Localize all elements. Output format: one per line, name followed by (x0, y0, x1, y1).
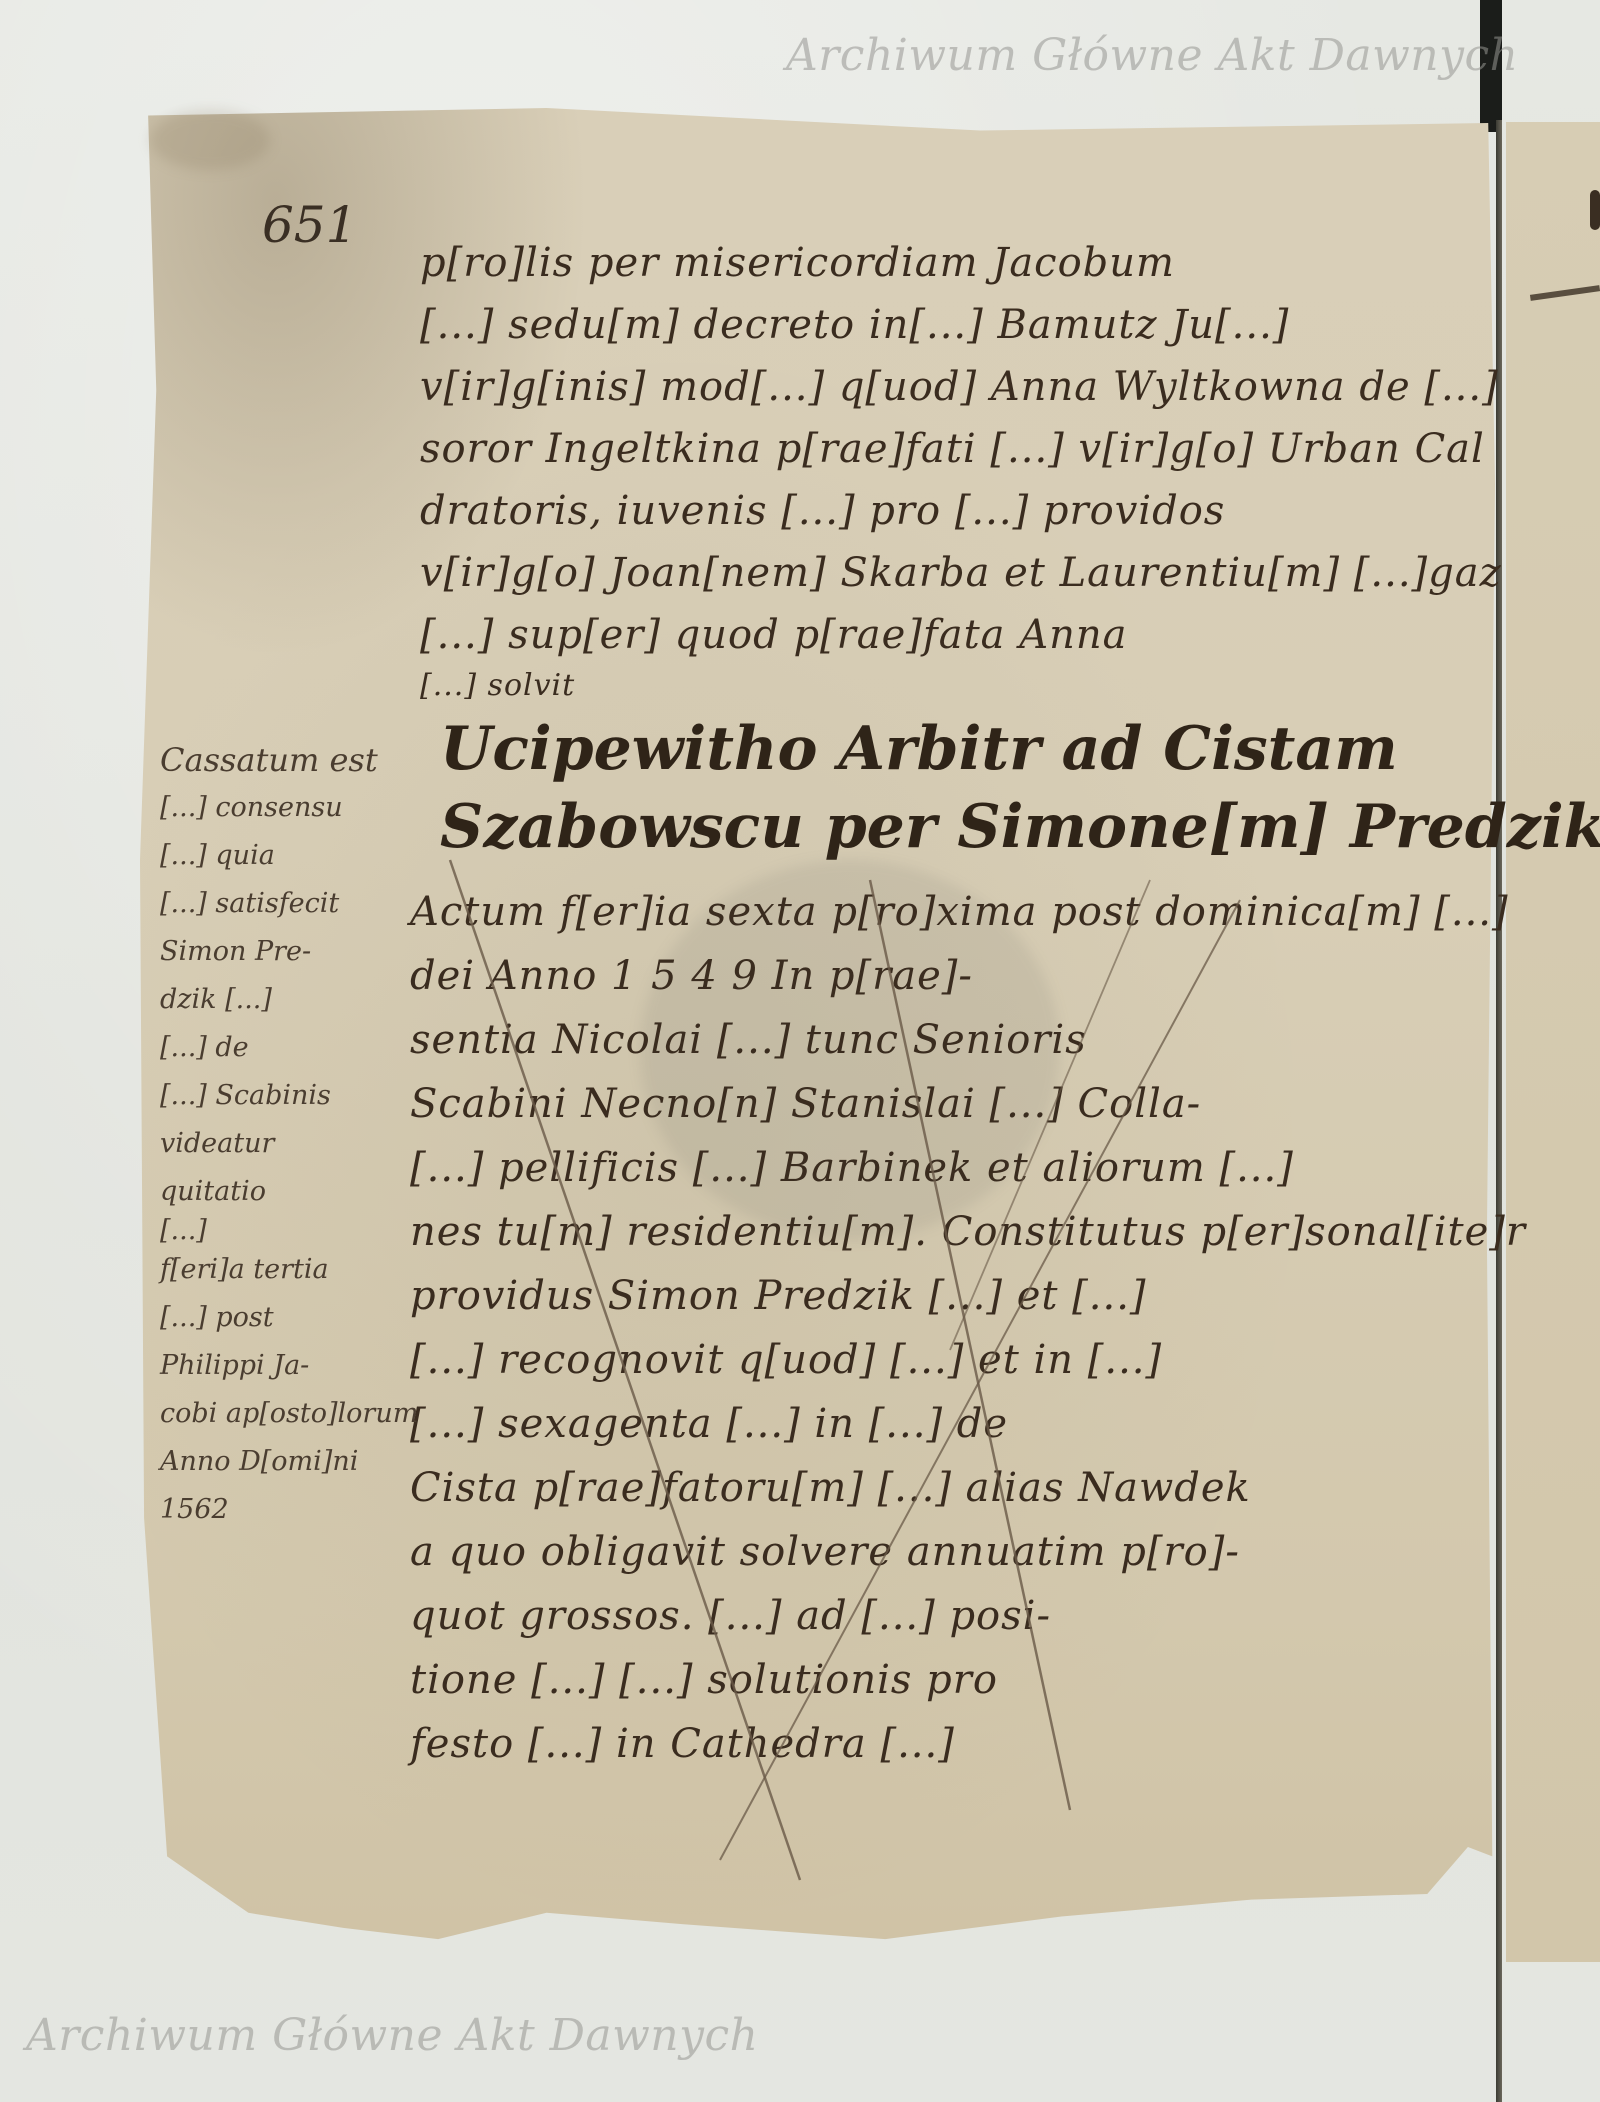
text-line: sentia Nicolai [...] tunc Senioris (410, 1008, 1470, 1072)
entry-text-block: Actum f[er]ia sexta p[ro]xima post domin… (410, 880, 1470, 1776)
text-line: [...] pellificis [...] Barbinek et alior… (410, 1136, 1470, 1200)
margin-line: [...] (160, 1216, 390, 1246)
adjacent-page-edge (1506, 122, 1600, 1962)
text-line: Cista p[rae]fatoru[m] [...] alias Nawdek (410, 1456, 1470, 1520)
page-gutter (1496, 120, 1502, 2102)
entry-heading: Ucipewitho Arbitr ad Cistam Szabowscu pe… (440, 710, 1600, 866)
margin-line: Anno D[omi]ni (160, 1438, 390, 1486)
main-text-block: p[ro]lis per misericordiam Jacobum [...]… (420, 232, 1480, 706)
margin-line: [...] de (160, 1024, 390, 1072)
margin-line: videatur (160, 1120, 390, 1168)
text-line: dratoris, iuvenis [...] pro [...] provid… (420, 480, 1480, 542)
heading-line: Ucipewitho Arbitr ad Cistam (440, 710, 1600, 788)
margin-annotation: Cassatum est [...] consensu [...] quia [… (160, 736, 390, 1534)
margin-line: [...] consensu (160, 784, 390, 832)
margin-line: f[eri]a tertia (160, 1246, 390, 1294)
text-line: [...] sedu[m] decreto in[...] Bamutz Ju[… (420, 294, 1480, 356)
text-line: [...] solvit (420, 666, 1480, 706)
text-line: tione [...] [...] solutionis pro (410, 1648, 1470, 1712)
text-line: providus Simon Predzik [...] et [...] (410, 1264, 1470, 1328)
text-line: quot grossos. [...] ad [...] posi- (410, 1584, 1470, 1648)
margin-line: [...] satisfecit (160, 880, 390, 928)
text-line: soror Ingeltkina p[rae]fati [...] v[ir]g… (420, 418, 1480, 480)
margin-line: [...] post (160, 1294, 390, 1342)
margin-line: quitatio (160, 1168, 390, 1216)
margin-line: cobi ap[osto]lorum (160, 1390, 390, 1438)
folio-number: 651 (262, 196, 357, 254)
text-line: v[ir]g[inis] mod[...] q[uod] Anna Wyltko… (420, 356, 1480, 418)
margin-line: dzik [...] (160, 976, 390, 1024)
adjacent-page-ink-mark (1590, 190, 1600, 230)
margin-line: [...] Scabinis (160, 1072, 390, 1120)
text-line: a quo obligavit solvere annuatim p[ro]- (410, 1520, 1470, 1584)
text-line: nes tu[m] residentiu[m]. Constitutus p[e… (410, 1200, 1470, 1264)
text-line: dei Anno 1 5 4 9 In p[rae]- (410, 944, 1470, 1008)
text-line: Scabini Necno[n] Stanislai [...] Colla- (410, 1072, 1470, 1136)
text-line: [...] sexagenta [...] in [...] de (410, 1392, 1470, 1456)
margin-line: [...] quia (160, 832, 390, 880)
ink-stain (150, 110, 270, 170)
watermark-bottom: Archiwum Główne Akt Dawnych (26, 2010, 758, 2061)
margin-line: 1562 (160, 1486, 390, 1534)
margin-line: Cassatum est (160, 736, 390, 784)
text-line: p[ro]lis per misericordiam Jacobum (420, 232, 1480, 294)
heading-line: Szabowscu per Simone[m] Predzik (440, 788, 1600, 866)
text-line: festo [...] in Cathedra [...] (410, 1712, 1470, 1776)
text-line: Actum f[er]ia sexta p[ro]xima post domin… (410, 880, 1470, 944)
margin-line: Simon Pre- (160, 928, 390, 976)
margin-line: Philippi Ja- (160, 1342, 390, 1390)
text-line: [...] recognovit q[uod] [...] et in [...… (410, 1328, 1470, 1392)
text-line: [...] sup[er] quod p[rae]fata Anna (420, 604, 1480, 666)
text-line: v[ir]g[o] Joan[nem] Skarba et Laurentiu[… (420, 542, 1480, 604)
watermark-top: Archiwum Główne Akt Dawnych (786, 30, 1518, 81)
